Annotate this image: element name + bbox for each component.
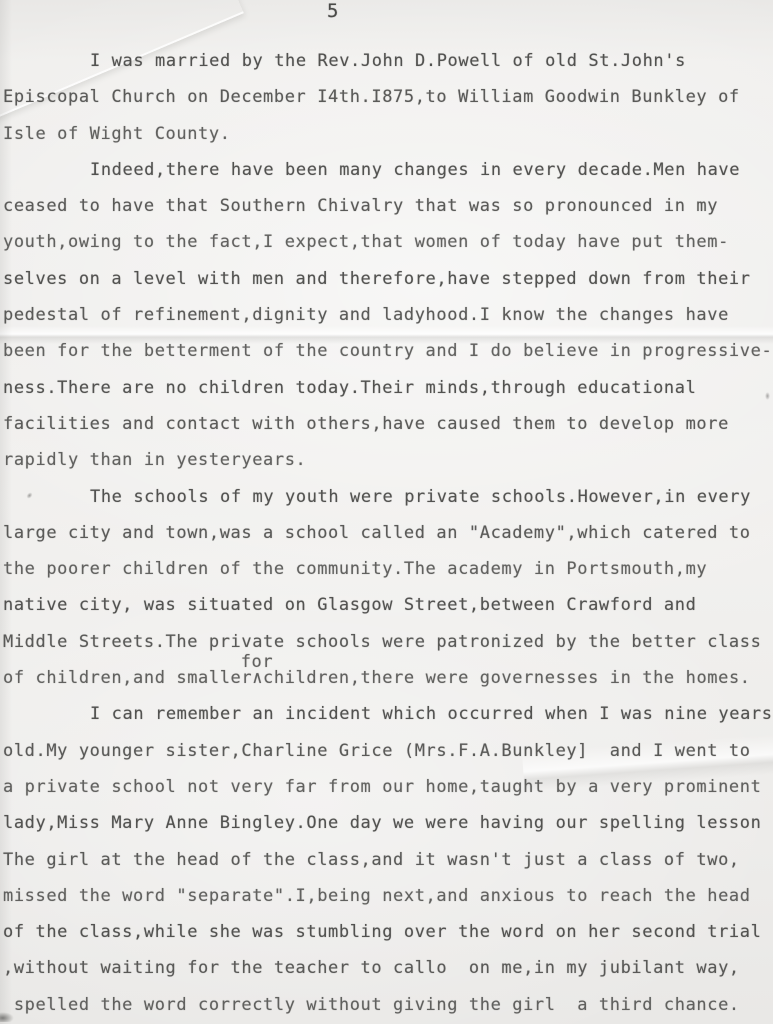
text-line: facilities and contact with others,have … — [0, 406, 773, 442]
text-line: I can remember an incident which occurre… — [0, 696, 773, 732]
text-line: rapidly than in yesteryears. — [0, 442, 773, 478]
text-line: pedestal of refinement,dignity and ladyh… — [0, 297, 773, 333]
text-line: Indeed,there have been many changes in e… — [0, 152, 773, 188]
text-line: Isle of Wight County. — [0, 116, 773, 152]
typewritten-document-page: 5 I was married by the Rev.John D.Powell… — [0, 0, 773, 1024]
page-number: 5 — [327, 0, 339, 22]
text-line: been for the betterment of the country a… — [0, 333, 773, 369]
text-line: ,without waiting for the teacher to call… — [0, 950, 773, 986]
text-line: Episcopal Church on December I4th.I875,t… — [0, 79, 773, 115]
text-line: a private school not very far from our h… — [0, 769, 773, 805]
typewritten-text: I was married by the Rev.John D.Powell o… — [0, 43, 773, 1023]
text-line: of the class,while she was stumbling ove… — [0, 914, 773, 950]
text-line: ceased to have that Southern Chivalry th… — [0, 188, 773, 224]
text-line: lady,Miss Mary Anne Bingley.One day we w… — [0, 805, 773, 841]
text-line: Middle Streets.The private schools were … — [0, 624, 773, 660]
text-line: The girl at the head of the class,and it… — [0, 842, 773, 878]
text-line: large city and town,was a school called … — [0, 515, 773, 551]
text-line: ness.There are no children today.Their m… — [0, 370, 773, 406]
inserted-word: for — [241, 644, 274, 680]
caret-line-before: of children,and smaller — [3, 668, 252, 688]
text-line: native city, was situated on Glasgow Str… — [0, 587, 773, 623]
text-line: missed the word "separate".I,being next,… — [0, 878, 773, 914]
text-line: spelled the word correctly without givin… — [0, 987, 773, 1023]
text-line: The schools of my youth were private sch… — [0, 479, 773, 515]
text-line-with-insertion: of children,and smallerfor∧children,ther… — [0, 660, 773, 696]
text-line: youth,owing to the fact,I expect,that wo… — [0, 224, 773, 260]
text-line: the poorer children of the community.The… — [0, 551, 773, 587]
caret-wrap: for∧ — [252, 660, 263, 696]
text-line: old.My younger sister,Charline Grice (Mr… — [0, 733, 773, 769]
text-line: I was married by the Rev.John D.Powell o… — [0, 43, 773, 79]
text-line: selves on a level with men and therefore… — [0, 261, 773, 297]
caret-line-after: children,there were governesses in the h… — [263, 668, 751, 688]
